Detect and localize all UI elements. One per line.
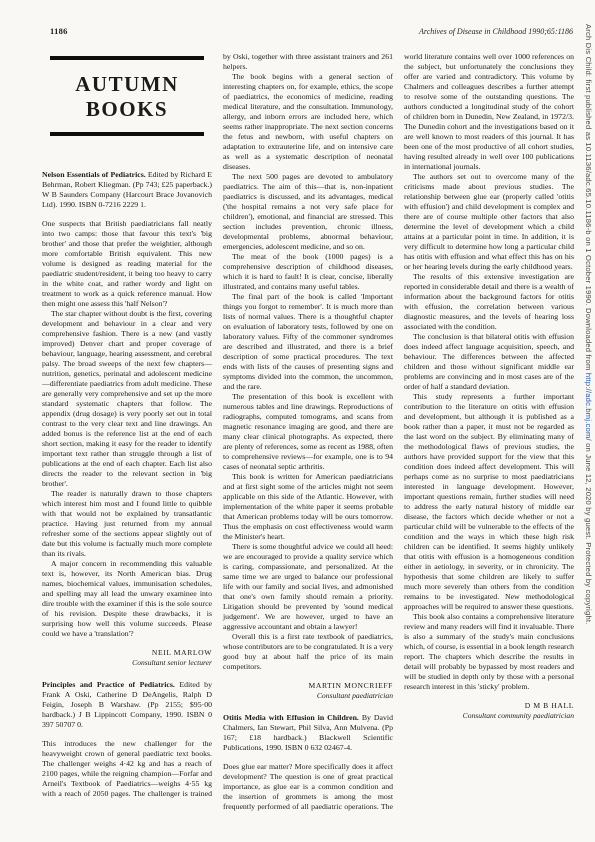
- review-paragraph: A major concern in recommending this val…: [42, 559, 212, 639]
- page-number: 1186: [50, 26, 68, 36]
- review-paragraph: The conclusion is that bilateral otitis …: [404, 332, 574, 392]
- book-title: Principles and Practice of Pediatrics.: [42, 680, 175, 689]
- review-paragraph: The presentation of this book is excelle…: [223, 392, 393, 472]
- book-review-heading: Principles and Practice of Pediatrics. E…: [42, 680, 212, 730]
- review-paragraph: The meat of the book (1000 pages) is a c…: [223, 252, 393, 292]
- review-paragraph: The book begins with a general section o…: [223, 72, 393, 172]
- journal-url-link[interactable]: http://adc.bmj.com/: [584, 373, 593, 441]
- review-paragraph: The reader is naturally drawn to those c…: [42, 489, 212, 559]
- book-review-heading: Otitis Media with Effusion in Children. …: [223, 713, 393, 753]
- reviewer-role: Consultant community paediatrician: [404, 711, 574, 721]
- copyright-text-post: on June 12, 2020 by guest. Protected by …: [584, 441, 593, 625]
- section-title-line2: BOOKS: [50, 97, 204, 122]
- book-title: Otitis Media with Effusion in Children.: [223, 713, 359, 722]
- book-title: Nelson Essentials of Pediatrics.: [42, 170, 146, 179]
- reviewer-name: NEIL MARLOW: [42, 648, 212, 658]
- review-paragraph: This study represents a further importan…: [404, 392, 574, 612]
- review-paragraph: This book is written for American paedia…: [223, 472, 393, 542]
- reviewer-signature: MARTIN MONCRIEFF Consultant paediatricia…: [223, 681, 393, 701]
- book-review-heading: Nelson Essentials of Pediatrics. Edited …: [42, 170, 212, 210]
- reviewer-signature: D M B HALL Consultant community paediatr…: [404, 701, 574, 721]
- section-title-line1: AUTUMN: [50, 72, 204, 97]
- journal-citation: Archives of Disease in Childhood 1990;65…: [419, 27, 573, 36]
- review-paragraph: Overall this is a first rate textbook of…: [223, 632, 393, 672]
- page-header: 1186 Archives of Disease in Childhood 19…: [50, 26, 573, 36]
- copyright-sidebar: Arch Dis Child: first published as 10.11…: [584, 24, 593, 824]
- article-columns: AUTUMN BOOKS Nelson Essentials of Pediat…: [42, 52, 574, 818]
- review-paragraph: There is some thoughtful advice we could…: [223, 542, 393, 632]
- journal-page: 1186 Archives of Disease in Childhood 19…: [0, 0, 595, 842]
- copyright-text-pre: Arch Dis Child: first published as 10.11…: [584, 24, 593, 373]
- section-title-box: AUTUMN BOOKS: [50, 56, 204, 136]
- review-paragraph: The authors set out to overcome many of …: [404, 172, 574, 272]
- review-paragraph: The star chapter without doubt is the fi…: [42, 309, 212, 489]
- review-paragraph: The final part of the book is called 'Im…: [223, 292, 393, 392]
- reviewer-name: MARTIN MONCRIEFF: [223, 681, 393, 691]
- review-paragraph: The results of this extensive investigat…: [404, 272, 574, 332]
- review-paragraph: One suspects that British paediatricians…: [42, 219, 212, 309]
- reviewer-signature: NEIL MARLOW Consultant senior lecturer: [42, 648, 212, 668]
- reviewer-role: Consultant senior lecturer: [42, 658, 212, 668]
- review-paragraph: The next 500 pages are devoted to ambula…: [223, 172, 393, 252]
- reviewer-name: D M B HALL: [404, 701, 574, 711]
- review-paragraph: This book also contains a comprehensive …: [404, 612, 574, 692]
- reviewer-role: Consultant paediatrician: [223, 691, 393, 701]
